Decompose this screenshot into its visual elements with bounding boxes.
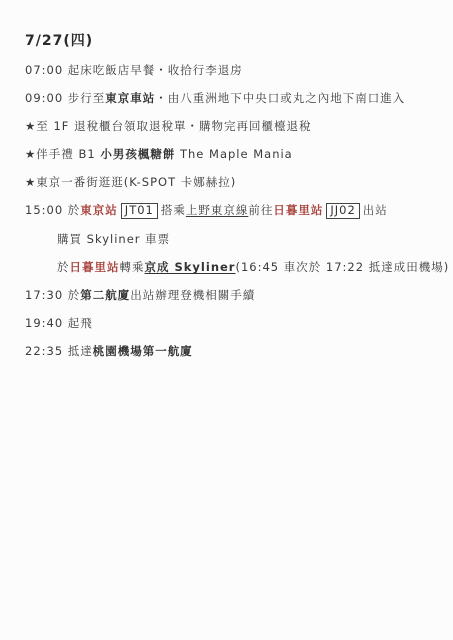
text-segment: 京成 Skyliner bbox=[145, 260, 236, 274]
itinerary-lines: 07:00 起床吃飯店早餐・收拾行李退房09:00 步行至東京車站・由八重洲地下… bbox=[25, 63, 435, 359]
text-segment: 日暮里站 bbox=[70, 260, 120, 274]
itinerary-line: 17:30 於第二航廈出站辦理登機相關手續 bbox=[25, 288, 435, 303]
itinerary-line: 購買 Skyliner 車票 bbox=[25, 232, 435, 247]
itinerary-line: ★至 1F 退稅櫃台領取退稅單・購物完再回櫃檯退稅 bbox=[25, 119, 435, 134]
date-title: 7/27(四) bbox=[25, 30, 435, 50]
text-segment: ★至 1F 退稅櫃台領取退稅單・購物完再回櫃檯退稅 bbox=[25, 119, 312, 133]
text-segment: 17:30 於 bbox=[25, 288, 80, 302]
text-segment: 09:00 步行至 bbox=[25, 91, 105, 105]
text-segment: 於 bbox=[57, 260, 70, 274]
text-segment: 07:00 起床吃飯店早餐・收拾行李退房 bbox=[25, 63, 243, 77]
text-segment: 出站 bbox=[363, 203, 388, 217]
text-segment: (16:45 車次於 17:22 抵達成田機場) bbox=[235, 260, 449, 274]
text-segment: 購買 Skyliner 車票 bbox=[57, 232, 170, 246]
text-segment: 出站辦理登機相關手續 bbox=[130, 288, 255, 302]
text-segment: 19:40 起飛 bbox=[25, 316, 93, 330]
text-segment: 前往 bbox=[248, 203, 273, 217]
itinerary-line: 於日暮里站轉乘京成 Skyliner(16:45 車次於 17:22 抵達成田機… bbox=[25, 260, 435, 275]
itinerary-line: ★東京一番街逛逛(K-SPOT 卡娜赫拉) bbox=[25, 175, 435, 190]
text-segment: ★伴手禮 B1 bbox=[25, 147, 100, 161]
itinerary-line: 19:40 起飛 bbox=[25, 316, 435, 331]
station-code-badge: JT01 bbox=[121, 203, 158, 219]
text-segment: The Maple Mania bbox=[175, 147, 292, 161]
itinerary-line: 22:35 抵達桃園機場第一航廈 bbox=[25, 344, 435, 359]
text-segment: ・由八重洲地下中央口或丸之內地下南口進入 bbox=[155, 91, 405, 105]
text-segment: 東京車站 bbox=[105, 91, 155, 105]
text-segment: 桃園機場第一航廈 bbox=[93, 344, 193, 358]
text-segment: 東京站 bbox=[80, 203, 118, 217]
text-segment: 22:35 抵達 bbox=[25, 344, 93, 358]
text-segment: ★東京一番街逛逛(K-SPOT 卡娜赫拉) bbox=[25, 175, 236, 189]
itinerary-page: 7/27(四) 07:00 起床吃飯店早餐・收拾行李退房09:00 步行至東京車… bbox=[0, 0, 453, 640]
itinerary-line: 15:00 於東京站JT01搭乘上野東京線前往日暮里站JJ02出站 bbox=[25, 203, 435, 219]
text-segment: 15:00 於 bbox=[25, 203, 80, 217]
station-code-badge: JJ02 bbox=[326, 203, 359, 219]
itinerary-line: 09:00 步行至東京車站・由八重洲地下中央口或丸之內地下南口進入 bbox=[25, 91, 435, 106]
text-segment: 日暮里站 bbox=[273, 203, 323, 217]
text-segment: 搭乘 bbox=[161, 203, 186, 217]
itinerary-line: ★伴手禮 B1 小男孩楓糖餅 The Maple Mania bbox=[25, 147, 435, 162]
text-segment: 小男孩楓糖餅 bbox=[100, 147, 175, 161]
text-segment: 上野東京線 bbox=[186, 203, 249, 217]
itinerary-line: 07:00 起床吃飯店早餐・收拾行李退房 bbox=[25, 63, 435, 78]
text-segment: 轉乘 bbox=[120, 260, 145, 274]
text-segment: 第二航廈 bbox=[80, 288, 130, 302]
